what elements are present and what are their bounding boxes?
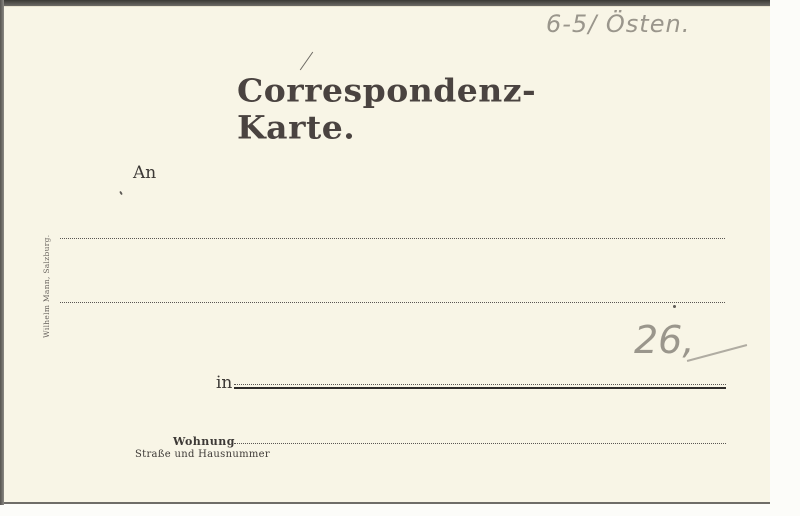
city-line-dotted — [234, 384, 726, 385]
residence-sublabel: Straße und Hausnummer — [135, 449, 270, 460]
city-label: in — [216, 373, 232, 393]
city-line-solid — [234, 387, 726, 389]
handwritten-reference-note: 6-5/ Östen. — [546, 10, 690, 38]
handwritten-price: 26, — [634, 318, 694, 362]
residence-line — [234, 443, 726, 444]
address-label: An — [133, 163, 156, 183]
ink-speck — [673, 305, 676, 308]
card-title: Correspondenz-Karte. — [237, 72, 557, 146]
publisher-imprint: Wilhelm Mann, Salzburg. — [42, 235, 51, 338]
residence-label: Wohnung — [173, 435, 235, 448]
address-line-1 — [60, 238, 725, 239]
address-line-2 — [60, 302, 725, 303]
